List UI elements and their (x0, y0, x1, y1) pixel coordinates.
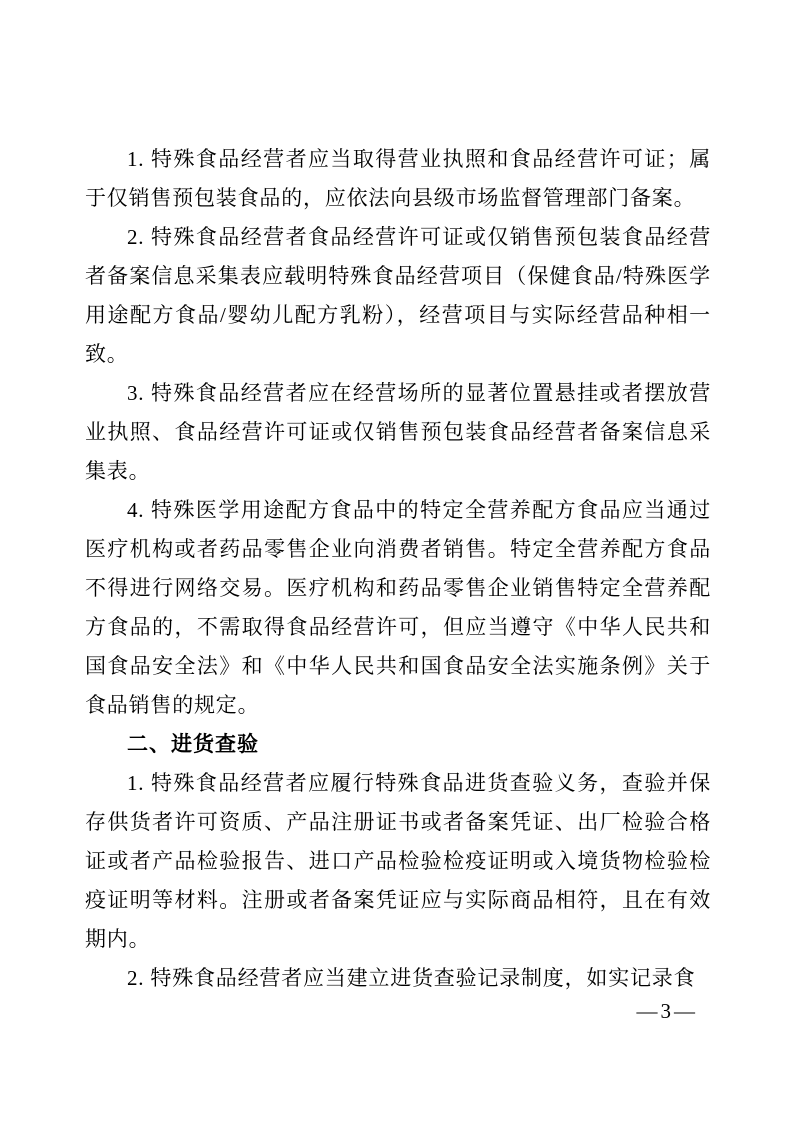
document-body: 1. 特殊食品经营者应当取得营业执照和食品经营许可证；属于仅销售预包装食品的，应… (85, 140, 711, 998)
paragraph-item-2: 2. 特殊食品经营者食品经营许可证或仅销售预包装食品经营者备案信息采集表应载明特… (85, 218, 711, 374)
paragraph-item-5: 1. 特殊食品经营者应履行特殊食品进货查验义务，查验并保存供货者许可资质、产品注… (85, 764, 711, 959)
paragraph-item-3: 3. 特殊食品经营者应在经营场所的显著位置悬挂或者摆放营业执照、食品经营许可证或… (85, 374, 711, 491)
paragraph-item-4: 4. 特殊医学用途配方食品中的特定全营养配方食品应当通过医疗机构或者药品零售企业… (85, 491, 711, 725)
paragraph-item-6: 2. 特殊食品经营者应当建立进货查验记录制度，如实记录食 (85, 959, 711, 998)
paragraph-item-1: 1. 特殊食品经营者应当取得营业执照和食品经营许可证；属于仅销售预包装食品的，应… (85, 140, 711, 218)
page-number: —3— (637, 992, 699, 1031)
section-heading-purchase-inspection: 二、进货查验 (85, 725, 711, 764)
document-page: 1. 特殊食品经营者应当取得营业执照和食品经营许可证；属于仅销售预包装食品的，应… (0, 0, 794, 1123)
